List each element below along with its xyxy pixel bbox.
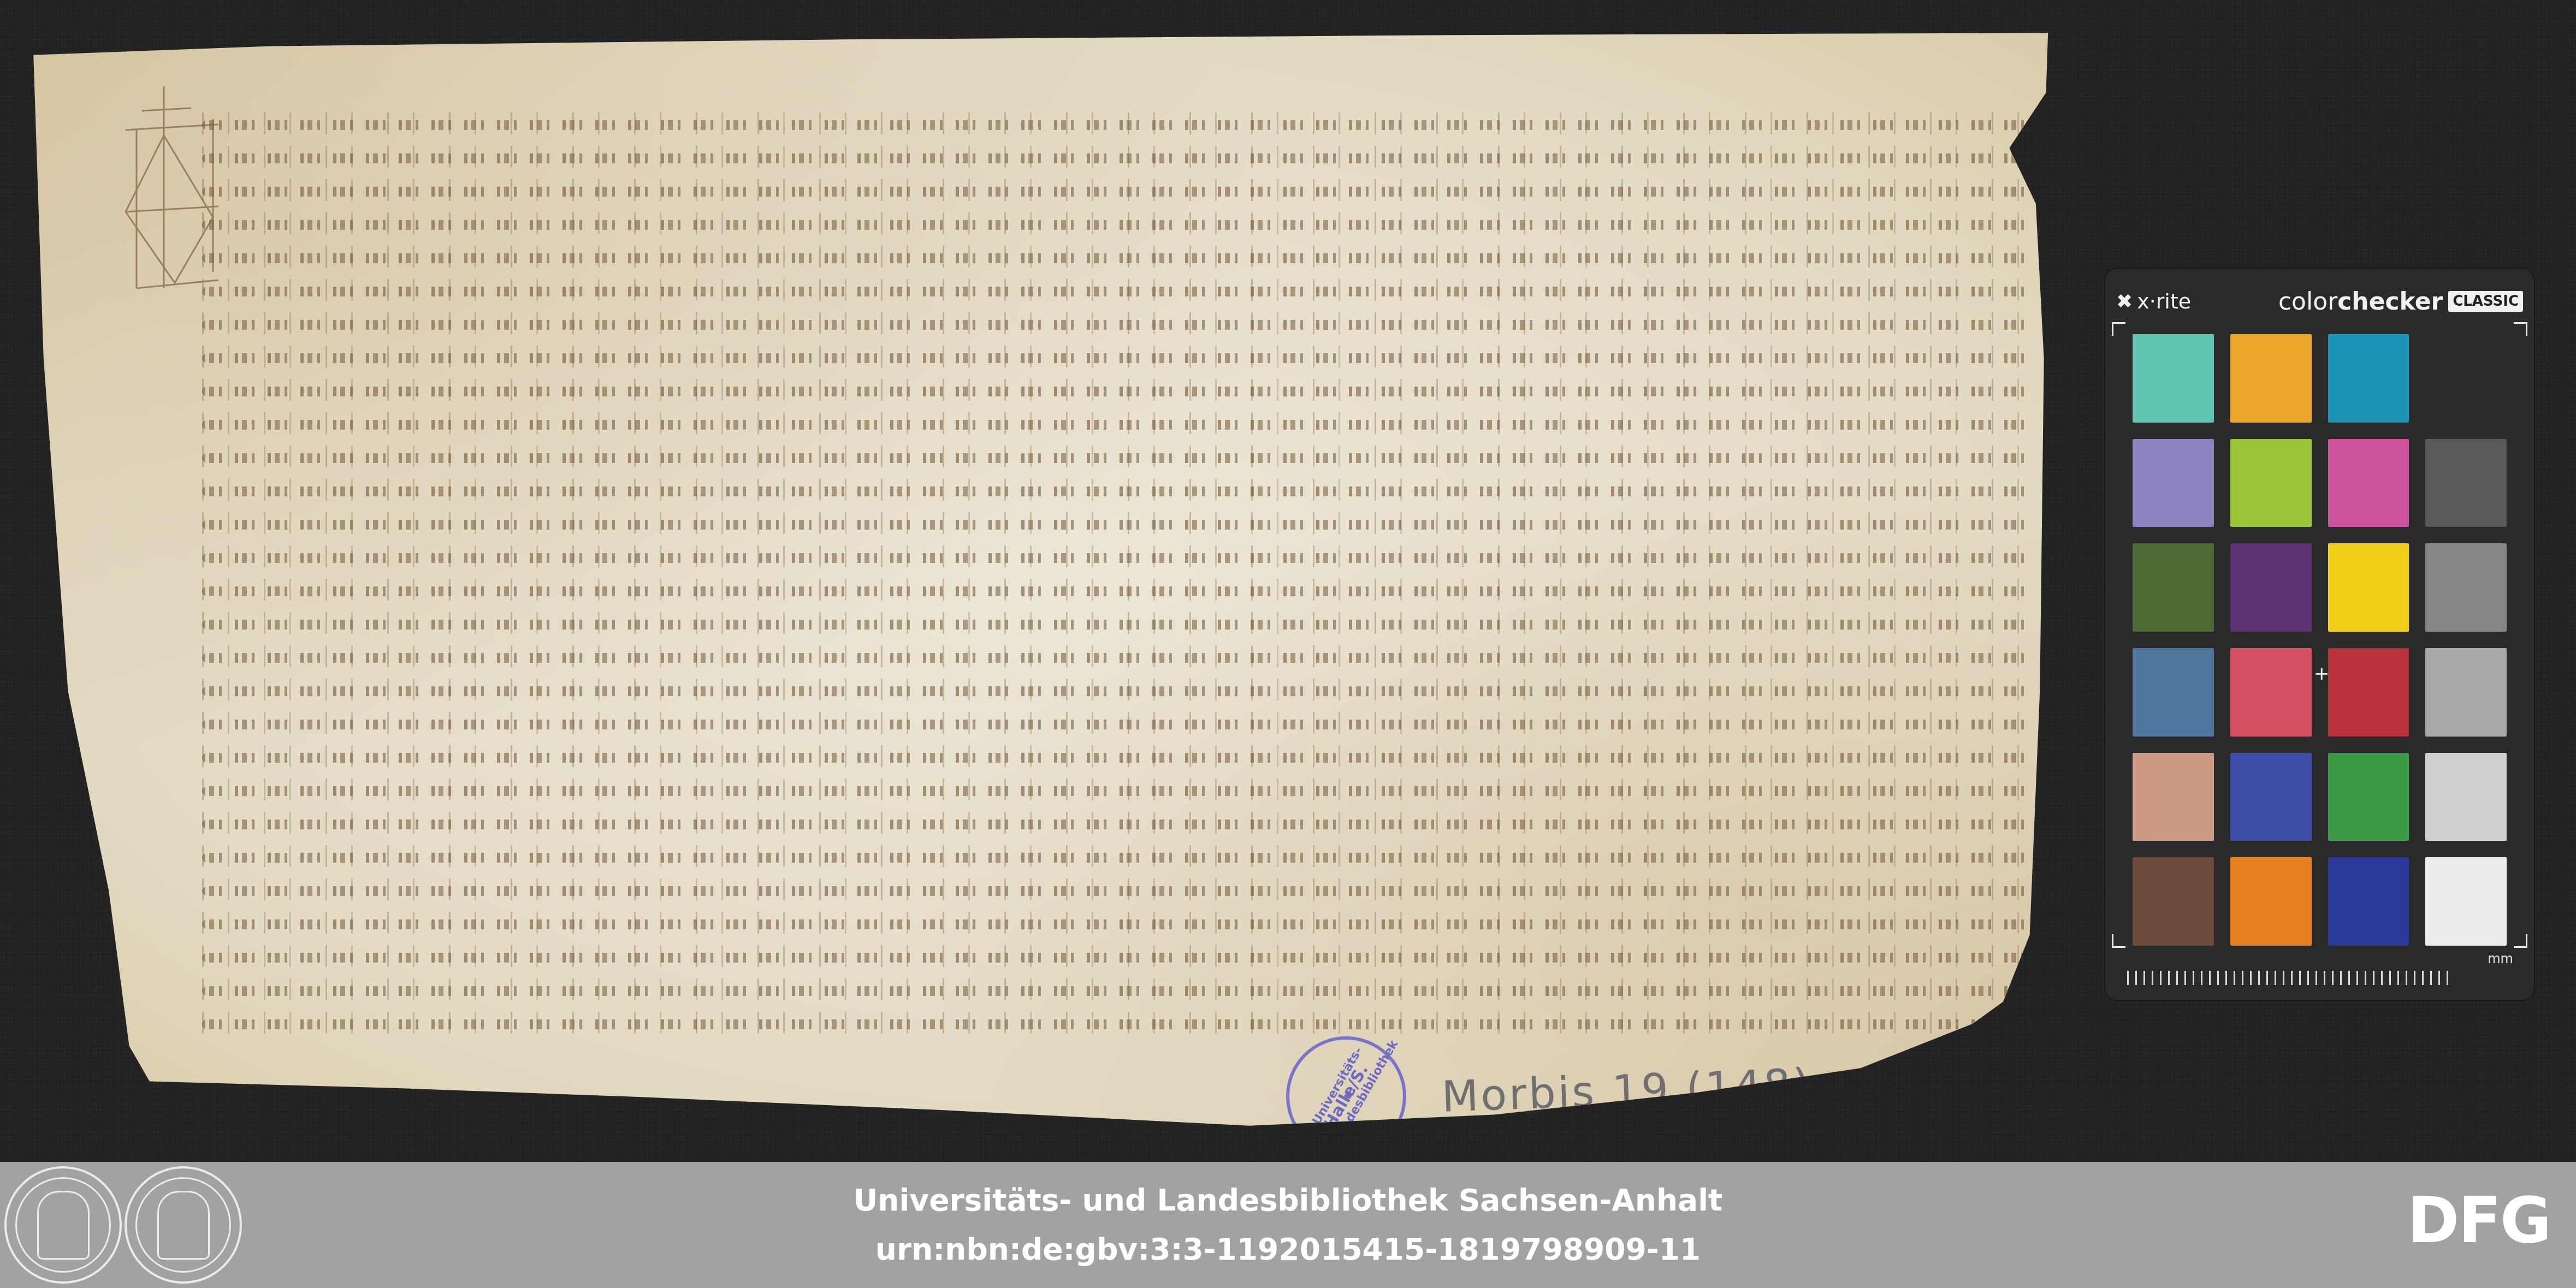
color-patch-magenta: [2328, 439, 2409, 527]
text-line: [202, 974, 2032, 1007]
color-patch-green: [2328, 753, 2409, 841]
color-patch-bluish-green: [2133, 334, 2214, 423]
text-line: [202, 608, 2032, 641]
color-patch-light-skin: [2133, 753, 2214, 841]
color-patch-yellow-green: [2230, 439, 2312, 527]
text-line: [202, 1007, 2032, 1041]
text-line: [202, 275, 2032, 308]
text-line: [202, 941, 2032, 974]
handwritten-text-block: [202, 108, 2032, 1118]
color-patch-blue-sky: [2133, 648, 2214, 737]
text-line: [202, 841, 2032, 874]
xrite-logo: ✖ x·rite: [2116, 289, 2191, 313]
color-patch-blue-primary: [2328, 857, 2409, 946]
ruler-unit: mm: [2488, 951, 2513, 966]
colorchecker-title: colorchecker CLASSIC: [2278, 288, 2523, 316]
title-bold: checker: [2337, 288, 2443, 316]
text-line: [202, 141, 2032, 175]
text-line: [202, 541, 2032, 574]
color-patch-orange: [2230, 857, 2312, 946]
corner-mark-icon: [2514, 322, 2527, 336]
color-patch-foliage: [2133, 543, 2214, 632]
text-line: [202, 474, 2032, 508]
text-line: [202, 508, 2032, 541]
color-patch-purple: [2230, 543, 2312, 632]
dfg-logo: DFG: [2407, 1184, 2550, 1257]
color-patch-neutral-5: [2425, 543, 2507, 632]
color-patch-black: [2425, 334, 2507, 423]
text-line: [202, 241, 2032, 275]
urn-identifier: urn:nbn:de:gbv:3:3-1192015415-1819798909…: [0, 1232, 2576, 1267]
color-patch-red: [2328, 648, 2409, 737]
color-patch-cyan: [2328, 334, 2409, 423]
color-patch-grid: [2127, 334, 2512, 946]
color-patch-blue-flower: [2133, 439, 2214, 527]
color-patch-orange-yellow: [2230, 334, 2312, 423]
color-patch-neutral-3.5: [2425, 439, 2507, 527]
parchment-document: Universitäts- u. Landesbibliothek Halle/…: [27, 26, 2064, 1135]
color-patch-blue: [2230, 753, 2312, 841]
xrite-brand: x·rite: [2137, 289, 2191, 313]
text-line: [202, 175, 2032, 208]
corner-mark-icon: [2112, 322, 2125, 336]
color-patch-yellow: [2328, 543, 2409, 632]
text-line: [202, 108, 2032, 141]
color-checker-card: ✖ x·rite colorchecker CLASSIC + mm: [2105, 269, 2534, 1000]
mm-ruler: [2127, 961, 2455, 985]
color-patch-neutral-6.5: [2425, 648, 2507, 737]
text-line: [202, 741, 2032, 774]
institution-name: Universitäts- und Landesbibliothek Sachs…: [0, 1183, 2576, 1218]
text-line: [202, 341, 2032, 375]
xrite-x-icon: ✖: [2116, 290, 2133, 313]
color-patch-neutral-8: [2425, 753, 2507, 841]
text-line: [202, 441, 2032, 474]
text-line: [202, 308, 2032, 341]
color-patch-white: [2425, 857, 2507, 946]
text-line: [202, 674, 2032, 708]
text-line: [202, 408, 2032, 441]
text-line: [202, 907, 2032, 941]
corner-mark-icon: [2112, 934, 2125, 948]
color-patch-moderate-red: [2230, 648, 2312, 737]
text-line: [202, 574, 2032, 608]
classic-badge: CLASSIC: [2448, 291, 2523, 312]
title-light: color: [2278, 288, 2337, 316]
corner-mark-icon: [2514, 934, 2527, 948]
text-line: [202, 375, 2032, 408]
text-line: [202, 708, 2032, 741]
text-line: [202, 208, 2032, 241]
text-line: [202, 641, 2032, 674]
text-line: [202, 874, 2032, 907]
color-patch-dark-skin: [2133, 857, 2214, 946]
text-line: [202, 774, 2032, 808]
footer-banner: Universitäts- und Landesbibliothek Sachs…: [0, 1162, 2576, 1288]
text-line: [202, 808, 2032, 841]
crosshair-icon: +: [2314, 664, 2330, 683]
color-checker-header: ✖ x·rite colorchecker CLASSIC: [2116, 285, 2523, 318]
